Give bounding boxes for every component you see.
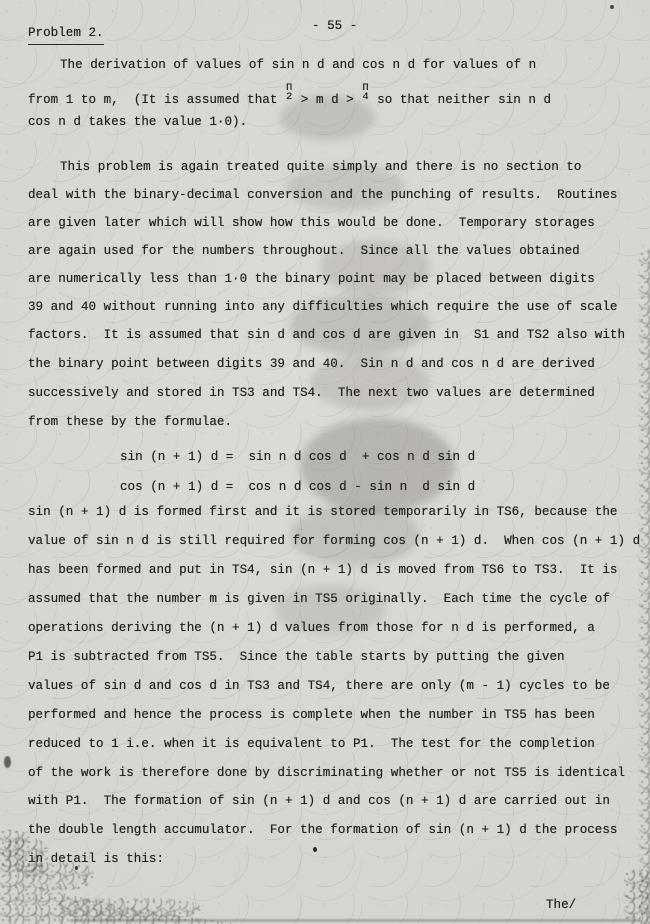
page-title: Problem 2.: [28, 26, 104, 45]
text-line: sin (n + 1) d = sin n d cos d + cos n d …: [120, 450, 475, 465]
text-run: > m d >: [293, 93, 361, 107]
ink-speck: [313, 847, 317, 852]
text-line: with P1. The formation of sin (n + 1) d …: [28, 794, 610, 809]
text-line: value of sin n d is still required for f…: [28, 534, 640, 549]
text-line: the double length accumulator. For the f…: [28, 823, 617, 838]
pi-fraction: Π4: [361, 84, 369, 102]
text-line: successively and stored in TS3 and TS4. …: [28, 386, 595, 401]
ink-speck: [610, 5, 614, 9]
text-line: has been formed and put in TS4, sin (n +…: [28, 563, 617, 578]
text-line: cos (n + 1) d = cos n d cos d - sin n d …: [120, 480, 475, 495]
text-line: are again used for the numbers throughou…: [28, 244, 580, 259]
text-line: values of sin d and cos d in TS3 and TS4…: [28, 679, 610, 694]
text-line: The derivation of values of sin n d and …: [60, 58, 536, 73]
text-line: reduced to 1 i.e. when it is equivalent …: [28, 737, 595, 752]
text-line: in detail is this:: [28, 852, 164, 867]
text-line: of the work is therefore done by discrim…: [28, 766, 625, 781]
text-line: deal with the binary-decimal conversion …: [28, 188, 617, 203]
text-line: assumed that the number m is given in TS…: [28, 592, 610, 607]
text-line: the binary point between digits 39 and 4…: [28, 357, 595, 372]
text-line: are given later which will show how this…: [28, 216, 595, 231]
catchword: The/: [546, 898, 576, 913]
ink-speck: [4, 756, 11, 768]
pi-fraction: Π2: [285, 84, 293, 102]
scan-smudge: [300, 418, 455, 513]
text-line: factors. It is assumed that sin d and co…: [28, 328, 625, 343]
text-line: P1 is subtracted from TS5. Since the tab…: [28, 650, 565, 665]
text-line: cos n d takes the value 1·0).: [28, 115, 247, 130]
scan-noise-right-edge: [639, 250, 650, 924]
text-line: performed and hence the process is compl…: [28, 708, 595, 723]
text-run: from 1 to m, (It is assumed that: [28, 93, 285, 107]
scan-noise-bottom-left: [60, 898, 200, 920]
page-number: - 55 -: [312, 19, 357, 34]
text-line: from 1 to m, (It is assumed that Π2 > m …: [28, 88, 551, 108]
text-line: from these by the formulae.: [28, 415, 232, 430]
document-page: Problem 2. - 55 - The/ The derivation of…: [0, 0, 650, 924]
scan-noise-bottom-right: [624, 870, 650, 924]
text-line: This problem is again treated quite simp…: [60, 160, 581, 175]
scan-edge-line: [70, 919, 640, 922]
scan-noise-bottom-left: [0, 828, 250, 924]
text-line: are numerically less than 1·0 the binary…: [28, 272, 595, 287]
text-line: 39 and 40 without running into any diffi…: [28, 300, 617, 315]
text-line: operations deriving the (n + 1) d values…: [28, 621, 595, 636]
text-run: so that neither sin n d: [370, 93, 551, 107]
text-line: sin (n + 1) d is formed first and it is …: [28, 505, 617, 520]
